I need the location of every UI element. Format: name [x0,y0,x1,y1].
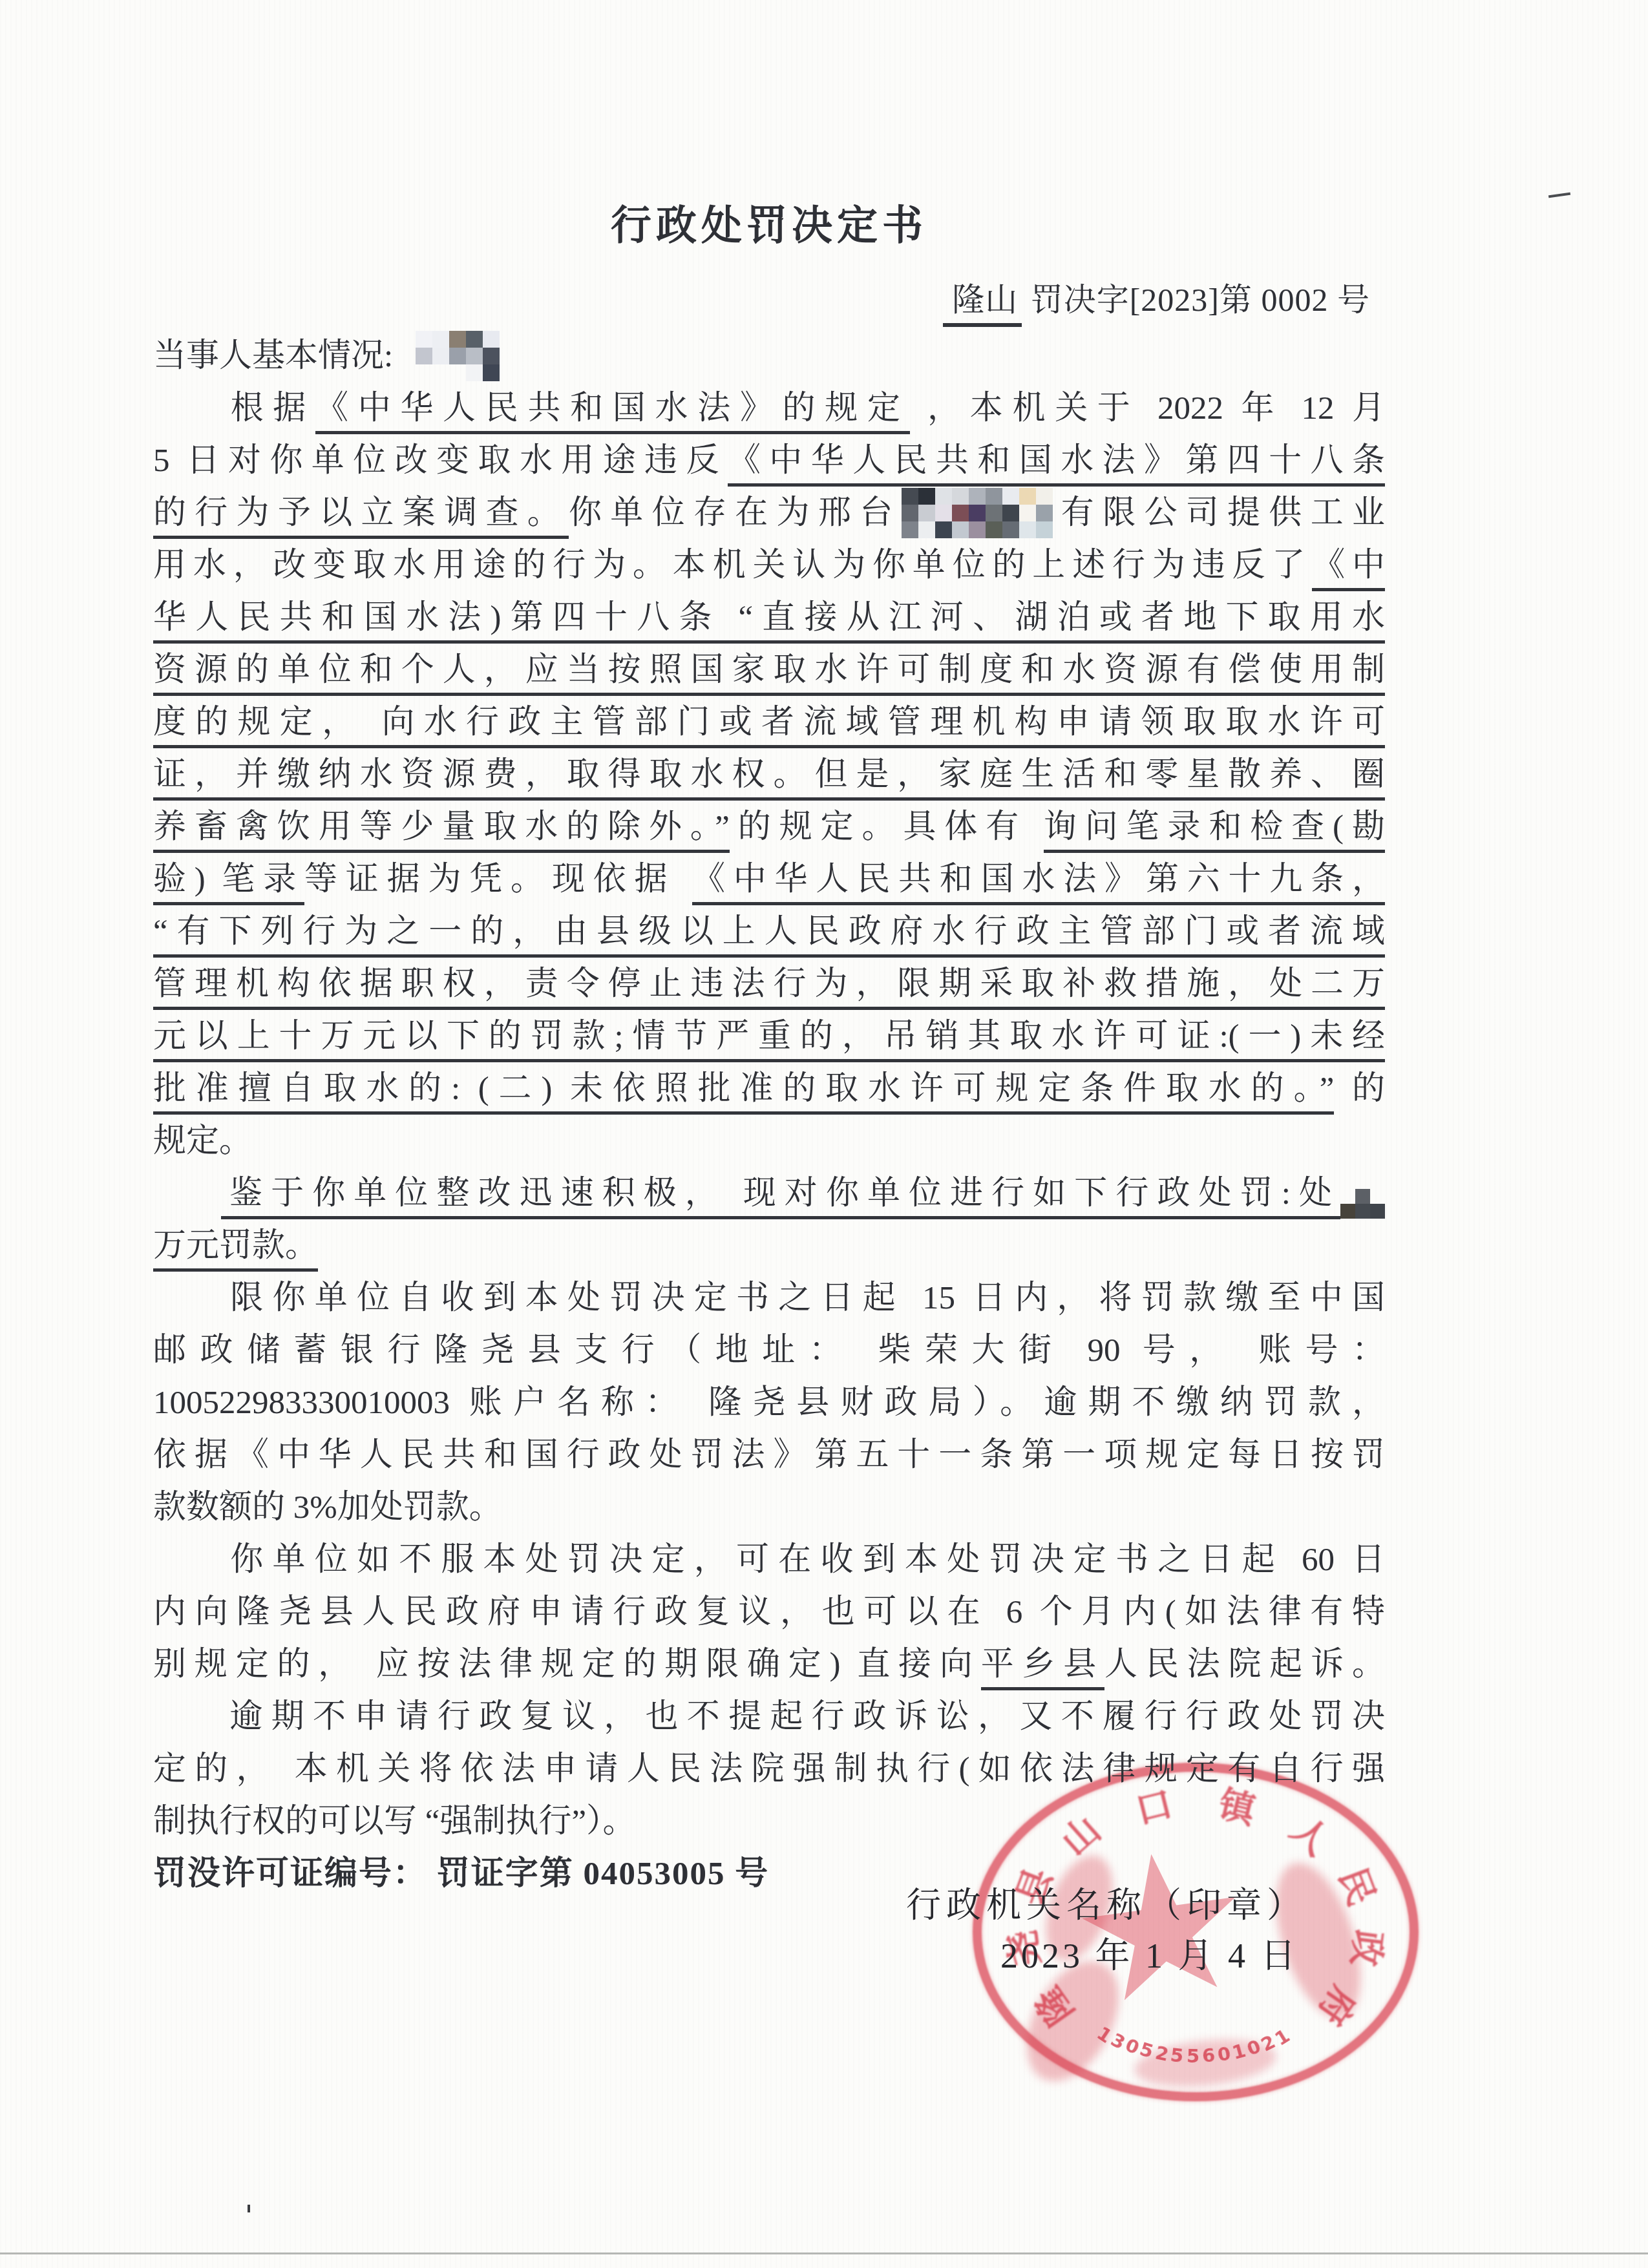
redaction-cell [902,488,918,505]
underlined-text: 鉴于你单位整改迅速积极， 现对你单位进行如下行政处罚:处 [221,1175,1340,1219]
underlined-text: 验) 笔录 [153,861,304,905]
document-line: 你单位如不服本处罚决定，可在收到本处罚决定书之日起 60 日 [153,1535,1385,1587]
redaction-cell [969,521,986,538]
redaction-cell [935,521,952,538]
text: ，本机关于 2022 年 12 月 [910,390,1385,426]
document-line: 别规定的， 应按法律规定的期限确定) 直接向平乡县人民法院起诉。 [153,1639,1385,1692]
underlined-text: 养畜禽饮用等少量取水的除外。” [153,809,730,853]
text: 当事人基本情况: [153,338,401,374]
scanned-penalty-decision-document: 行政处罚决定书 隆山 罚决字[2023]第 0002 号 当事人基本情况: 根据… [0,0,1648,2268]
signature-date: 2023 年 1 月 4 日 [1000,1928,1299,1978]
redaction-cell [449,364,466,381]
text: 限你单位自收到本处罚决定书之日起 15 日内，将罚款缴至中国 [221,1280,1385,1316]
redaction-cell [1036,521,1053,538]
redaction-cell [1002,505,1019,521]
document-line: 逾期不申请行政复议，也不提起行政诉讼，又不履行行政处罚决 [153,1692,1385,1744]
redaction-cell [483,364,500,381]
document-line: 的行为予以立案调查。你单位存在为邢台有限公司提供工业 [153,488,1385,540]
text: 100522983330010003 账户名称： 隆尧县财政局）。逾期不缴纳罚款… [153,1385,1385,1421]
redaction-cell [1002,521,1019,538]
document-line: 定的， 本机关将依法申请人民法院强制执行(如依法律规定有自行强 [153,1744,1385,1796]
redaction-cell [483,348,500,364]
document-number-rest: 罚决字[2023]第 0002 号 [1022,282,1370,318]
redaction-cell [1370,1204,1385,1219]
redaction-cell [1019,488,1036,505]
redaction-cell [416,331,432,348]
redaction-cell [952,505,969,521]
redaction-cell [902,521,918,538]
underlined-text: 万元罚款。 [153,1228,318,1272]
text: 制执行权的可以写 “强制执行”）。 [153,1803,636,1840]
redaction-cell [483,331,500,348]
document-line: 证，并缴纳水资源费，取得取水权。但是，家庭生活和零星散养、圈 [153,750,1385,802]
redaction-cell [969,488,986,505]
text: 依据《中华人民共和国行政处罚法》第五十一条第一项规定每日按罚 [153,1437,1385,1473]
redaction-cell [1002,488,1019,505]
redaction-cell [432,364,449,381]
text: 罚没许可证编号： 罚证字第 04053005 号 [153,1856,769,1892]
underlined-text: 《中华人民共和国水法》第四十八条 [728,443,1385,487]
text: 定的， 本机关将依法申请人民法院强制执行(如依法律规定有自行强 [153,1751,1385,1787]
document-line: 款数额的 3%加处罚款。 [153,1482,1385,1535]
document-line: 内向隆尧县人民政府申请行政复议，也可以在 6 个月内(如法律有特 [153,1587,1385,1639]
text: 别规定的， 应按法律规定的期限确定) 直接向 [153,1646,981,1683]
redaction-cell [416,348,432,364]
seal-arc-character: 政 [1345,1927,1387,1969]
redaction-cell [986,488,1002,505]
redaction-cell [902,505,918,521]
document-line: 100522983330010003 账户名称： 隆尧县财政局）。逾期不缴纳罚款… [153,1378,1385,1430]
text: 的 [1334,1071,1385,1107]
redaction-cell [935,505,952,521]
redaction-cell [1355,1204,1370,1219]
document-title: 行政处罚决定书 [153,193,1385,251]
text: 你单位如不服本处罚决定，可在收到本处罚决定书之日起 60 日 [221,1542,1385,1578]
redaction-cell [952,488,969,505]
redaction-cell [500,364,516,381]
text: 逾期不申请行政复议，也不提起行政诉讼，又不履行行政处罚决 [221,1699,1385,1735]
document-line: 规定。 [153,1116,1385,1168]
redaction-cell [986,521,1002,538]
document-line: 管理机构依据职权，责令停止违法行为，限期采取补救措施，处二万 [153,959,1385,1011]
underlined-text: 询问笔录和检查(勘 [1044,809,1385,853]
scan-speck [1548,193,1570,198]
underlined-text: 平乡县 [981,1646,1104,1690]
text: 根据 [221,390,315,426]
redaction-cell [449,348,466,364]
redaction-cell [969,505,986,521]
document-line: 邮政储蓄银行隆尧县支行（地址： 柴荣大街 90 号， 账号： [153,1325,1385,1378]
redaction-cell [918,505,935,521]
redaction-cell [500,348,516,364]
text: 规定。 [153,1123,252,1159]
underlined-text: 《中华人民共和国水法》第六十九条， [692,861,1385,905]
scan-speck [248,2205,250,2212]
document-line: 限你单位自收到本处罚决定书之日起 15 日内，将罚款缴至中国 [153,1273,1385,1325]
redaction-cell [1019,521,1036,538]
document-body: 当事人基本情况: 根据《中华人民共和国水法》的规定 ，本机关于 2022 年 1… [153,331,1385,1901]
underlined-text: 资源的单位和个人，应当按照国家取水许可制度和水资源有偿使用制 [153,652,1385,696]
document-line: 养畜禽饮用等少量取水的除外。”的规定。具体有 询问笔录和检查(勘 [153,802,1385,854]
redaction-cell [1019,505,1036,521]
document-line: 元以上十万元以下的罚款;情节严重的，吊销其取水许可证:(一)未经 [153,1011,1385,1064]
underlined-text: 《中华人民共和国水法》的规定 [315,390,910,434]
underlined-text: 的行为予以立案调查。 [153,495,569,539]
document-line: 当事人基本情况: [153,331,1385,383]
underlined-text: 批准擅自取水的: (二) 未依照批准的取水许可规定条件取水的。” [153,1071,1334,1115]
document-line: 制执行权的可以写 “强制执行”）。 [153,1796,1385,1849]
redaction-cell [918,488,935,505]
redaction-cell [416,364,432,381]
text: 人民法院起诉。 [1104,1646,1385,1683]
redaction-cell [432,331,449,348]
text: 内向隆尧县人民政府申请行政复议，也可以在 6 个月内(如法律有特 [153,1594,1385,1630]
document-line: 验) 笔录等证据为凭。现依据 《中华人民共和国水法》第六十九条， [153,854,1385,907]
document-number: 隆山 罚决字[2023]第 0002 号 [943,274,1370,320]
underlined-text: 元以上十万元以下的罚款;情节严重的，吊销其取水许可证:(一)未经 [153,1018,1385,1062]
seal-code-digit: 5 [1168,2044,1187,2066]
text: 款数额的 3%加处罚款。 [153,1489,502,1526]
redaction-cell [500,331,516,348]
redaction-cell [1340,1189,1355,1204]
redaction-amount [1340,1189,1385,1219]
redaction-cell [1370,1189,1385,1204]
text: 5 日对你单位改变取水用途违反 [153,443,728,479]
seal-code-digit: 5 [1184,2046,1201,2066]
text: 的规定。具体有 [730,809,1044,845]
underlined-text: 《中 [1312,547,1385,591]
redaction-cell [466,364,483,381]
underlined-text: “有下列行为之一的，由县级以上人民政府水行政主管部门或者流域 [153,914,1385,958]
redaction-cell [1036,488,1053,505]
redaction-cell [1340,1204,1355,1219]
text: 有限公司提供工业 [1053,495,1385,531]
signature-agency-label: 行政机关名称（印章） [906,1878,1307,1927]
underlined-text: 证，并缴纳水资源费，取得取水权。但是，家庭生活和零星散养、圈 [153,757,1385,801]
text: 邮政储蓄银行隆尧县支行（地址： 柴荣大街 90 号， 账号： [153,1332,1385,1369]
redaction-cell [918,521,935,538]
document-line: 度的规定， 向水行政主管部门或者流域管理机构申请领取取水许可 [153,697,1385,750]
underlined-text: 度的规定， 向水行政主管部门或者流域管理机构申请领取取水许可 [153,704,1385,748]
document-line: 5 日对你单位改变取水用途违反《中华人民共和国水法》第四十八条 [153,436,1385,488]
scan-page-edge-line [0,2252,1648,2254]
document-line: 万元罚款。 [153,1221,1385,1273]
redaction-company [902,488,1053,538]
underlined-text: 管理机构依据职权，责令停止违法行为，限期采取补救措施，处二万 [153,966,1385,1010]
redaction-cell [986,505,1002,521]
document-line: 华人民共和国水法)第四十八条 “直接从江河、湖泊或者地下取用水 [153,593,1385,645]
redaction-cell [1036,505,1053,521]
document-line: 用水，改变取水用途的行为。本机关认为你单位的上述行为违反了《中 [153,540,1385,593]
redaction-cell [432,348,449,364]
text: 等证据为凭。现依据 [304,861,692,898]
document-line: 根据《中华人民共和国水法》的规定 ，本机关于 2022 年 12 月 [153,383,1385,436]
redaction-cell [1355,1189,1370,1204]
redaction-cell [952,521,969,538]
document-line: 批准擅自取水的: (二) 未依照批准的取水许可规定条件取水的。” 的 [153,1064,1385,1116]
redaction-cell [466,331,483,348]
underlined-text: 华人民共和国水法)第四十八条 “直接从江河、湖泊或者地下取用水 [153,600,1385,644]
redaction-cell [466,348,483,364]
document-line: 依据《中华人民共和国行政处罚法》第五十一条第一项规定每日按罚 [153,1430,1385,1482]
document-line: “有下列行为之一的，由县级以上人民政府水行政主管部门或者流域 [153,907,1385,959]
document-number-prefix: 隆山 [943,282,1022,327]
text: 你单位存在为邢台 [569,495,901,531]
redaction-cell [449,331,466,348]
redaction-cell [935,488,952,505]
text: 用水，改变取水用途的行为。本机关认为你单位的上述行为违反了 [153,547,1312,583]
redaction-party [416,331,516,381]
document-line: 资源的单位和个人，应当按照国家取水许可制度和水资源有偿使用制 [153,645,1385,697]
document-line: 鉴于你单位整改迅速积极， 现对你单位进行如下行政处罚:处 [153,1168,1385,1221]
